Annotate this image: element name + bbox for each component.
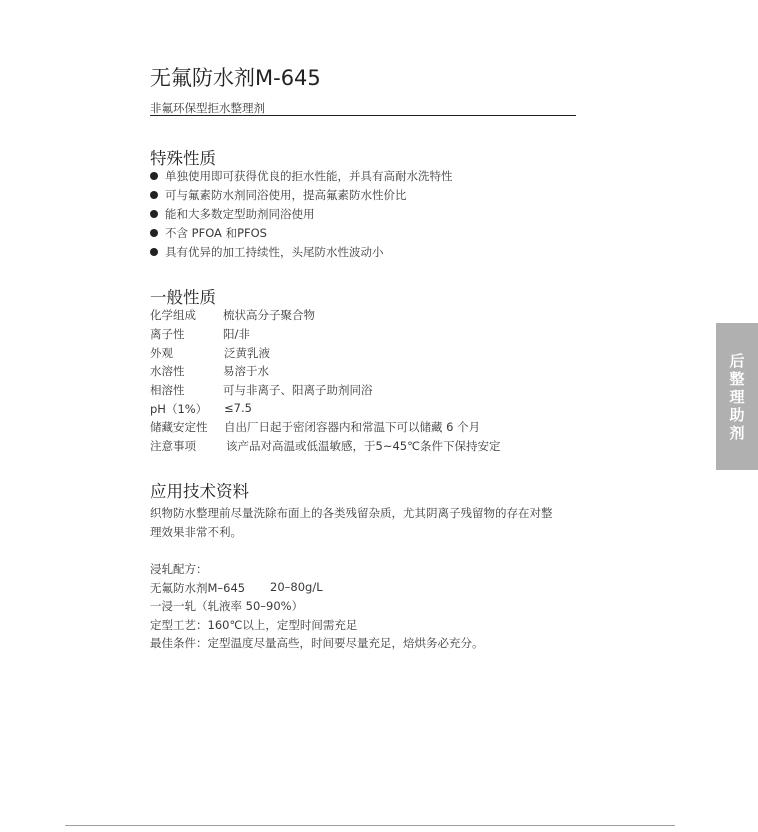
list-item: 可与氟素防水剂同浴使用，提高氟素防水性价比 (150, 187, 407, 203)
bullet-icon (150, 229, 158, 237)
property-row: 化学组成梳状高分子聚合物 (150, 307, 196, 323)
list-item: 不含 PFOA 和PFOS (150, 225, 267, 241)
page-title: 无氟防水剂M-645 (150, 62, 321, 92)
property-row: pH（1%）≤7.5 (150, 401, 207, 417)
property-row: 储藏安定性自出厂日起于密闭容器内和常温下可以储藏 6 个月 (150, 419, 208, 435)
property-row: 相溶性可与非离子、阳离子助剂同浴 (150, 382, 185, 398)
property-row: 外观泛黄乳液 (150, 345, 173, 361)
property-row: 离子性阳/非 (150, 326, 185, 342)
category-side-tab: 后 整 理 助 剂 (716, 323, 758, 470)
formula-label: 浸轧配方： (150, 561, 208, 577)
list-item: 单独使用即可获得优良的拒水性能，并具有高耐水洗特性 (150, 168, 453, 184)
list-item: 能和大多数定型助剂同浴使用 (150, 206, 315, 222)
page-subtitle: 非氟环保型拒水整理剂 (150, 100, 265, 116)
property-row: 水溶性易溶于水 (150, 363, 185, 379)
process-line: 一浸一轧（轧液率 50–90%） (150, 598, 303, 614)
bullet-icon (150, 248, 158, 256)
setting-line: 定型工艺：160℃以上，定型时间需充足 (150, 617, 357, 633)
section-heading-application: 应用技术资料 (150, 478, 249, 502)
bullet-icon (150, 210, 158, 218)
best-conditions-line: 最佳条件：定型温度尽量高些，时间要尽量充足，焙烘务必充分。 (150, 635, 484, 651)
application-paragraph-line2: 理效果非常不利。 (150, 524, 242, 540)
application-paragraph-line1: 织物防水整理前尽量洗除布面上的各类残留杂质，尤其阴离子残留物的存在对整 (150, 505, 553, 521)
list-item: 具有优异的加工持续性，头尾防水性波动小 (150, 244, 384, 260)
title-divider (150, 115, 576, 116)
bullet-icon (150, 172, 158, 180)
section-heading-general: 一般性质 (150, 284, 216, 308)
bullet-icon (150, 191, 158, 199)
footer-divider (65, 825, 675, 826)
section-heading-special: 特殊性质 (150, 145, 216, 169)
property-row: 注意事项该产品对高温或低温敏感，于5~45℃条件下保持安定 (150, 438, 196, 454)
formula-item-row: 无氟防水剂M–64520–80g/L (150, 580, 245, 596)
